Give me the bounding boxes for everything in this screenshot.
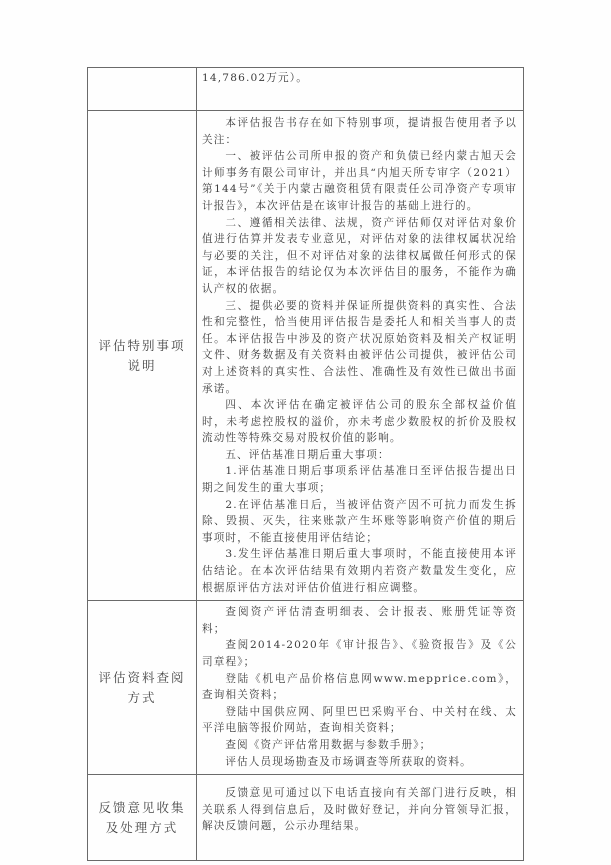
table-row-special-matters: 评估特别事项说明 本评估报告书存在如下特别事项，提请报告使用者予以关注： 一、被… [88,111,524,601]
paragraph: 3.发生评估基准日期后重大事项时，不能直接使用本评估结论。在本次评估结果有效期内… [202,546,517,596]
row-content: 查阅资产评估清查明细表、会计报表、账册凭证等资料； 查阅2014-2020年《审… [197,601,524,775]
document-page: 14,786.02万元）。 评估特别事项说明 本评估报告书存在如下特别事项，提请… [0,0,611,865]
row-content: 14,786.02万元）。 [197,68,524,111]
row-label: 评估资料查阅方式 [88,601,197,775]
row-content: 本评估报告书存在如下特别事项，提请报告使用者予以关注： 一、被评估公司所申报的资… [197,111,524,601]
paragraph: 一、被评估公司所申报的资产和负债已经内蒙古旭天会计师事务有限公司审计，并出具“内… [202,148,517,214]
row-label: 反馈意见收集及处理方式 [88,775,197,861]
paragraph: 1.评估基准日期后事项系评估基准日至评估报告提出日期之间发生的重大事项； [202,463,517,496]
row-label: 评估特别事项说明 [88,111,197,601]
row-content: 反馈意见可通过以下电话直接向有关部门进行反映，相关联系人得到信息后，及时做好登记… [197,775,524,861]
paragraph: 2.在评估基准日后，当被评估资产因不可抗力而发生拆除、毁损、灭失，往来账款产生坏… [202,497,517,547]
paragraph: 评估人员现场勘查及市场调查等所获取的资料。 [202,754,517,771]
paragraph: 本评估报告书存在如下特别事项，提请报告使用者予以关注： [202,115,517,148]
paragraph: 五、评估基准日期后重大事项： [202,447,517,464]
paragraph: 登陆《机电产品价格信息网www.mepprice.com》，查询相关资料； [202,671,517,704]
paragraph: 四、本次评估在确定被评估公司的股东全部权益价值时，未考虑控股权的溢价，亦未考虑少… [202,397,517,447]
paragraph: 查阅《资产评估常用数据与参数手册》； [202,737,517,754]
paragraph: 14,786.02万元）。 [202,70,517,87]
table-row-feedback-handling: 反馈意见收集及处理方式 反馈意见可通过以下电话直接向有关部门进行反映，相关联系人… [88,775,524,861]
table-row-data-review-methods: 评估资料查阅方式 查阅资产评估清查明细表、会计报表、账册凭证等资料； 查阅201… [88,601,524,775]
paragraph: 二、遵循相关法律、法规，资产评估师仅对评估对象价值进行估算并发表专业意见，对评估… [202,215,517,298]
paragraph: 三、提供必要的资料并保证所提供资料的真实性、合法性和完整性，恰当使用评估报告是委… [202,298,517,398]
table-row-previous-continuation: 14,786.02万元）。 [88,68,524,111]
paragraph: 登陆中国供应网、阿里巴巴采购平台、中关村在线、太平洋电脑等报价网站，查询相关资料… [202,704,517,737]
paragraph: 查阅资产评估清查明细表、会计报表、账册凭证等资料； [202,604,517,637]
row-label [88,68,197,111]
evaluation-report-table: 14,786.02万元）。 评估特别事项说明 本评估报告书存在如下特别事项，提请… [87,67,524,861]
paragraph: 查阅2014-2020年《审计报告》、《验资报告》及《公司章程》； [202,637,517,670]
paragraph: 反馈意见可通过以下电话直接向有关部门进行反映，相关联系人得到信息后，及时做好登记… [202,785,517,835]
